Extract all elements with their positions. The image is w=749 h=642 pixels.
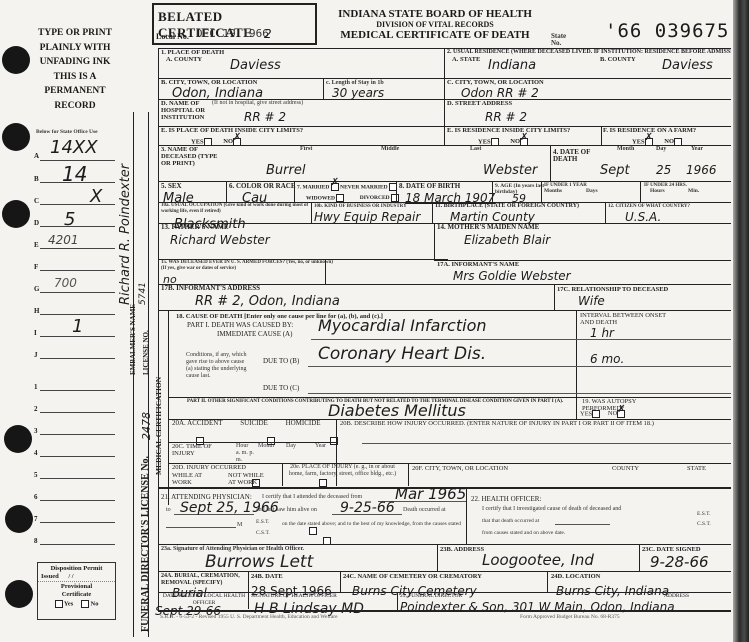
death-date-label: 4. DATE OF DEATH [553,149,593,163]
business-label: 10b. KIND OF BUSINESS OR INDUSTRY [314,203,407,210]
physician-est-checkbox[interactable] [309,527,317,535]
autopsy-yes-checkbox[interactable] [592,410,600,418]
state-office-label: Below for State Office Use [36,129,98,136]
while-at-work-label: WHILE AT WORK [172,472,210,486]
days-label: Days [586,188,598,195]
instruction-line: THIS IS A [30,70,120,85]
ho-time-line [555,524,610,525]
marital-label: 7. [297,184,301,190]
hours-label: Hours [650,188,665,195]
row-divider [158,571,731,572]
embalmer-name-label: EMBALMER'S NAME [130,304,137,375]
entry-line [40,434,115,435]
entry-line [40,248,115,249]
burial-location-label: 24d. LOCATION [551,573,600,580]
death-day: 25 [656,163,671,177]
death-city-label: b. CITY, TOWN, OR LOCATION [161,79,257,86]
column-divider [294,181,295,202]
time-of-injury-label: 20c. TIME OF INJURY [172,443,212,457]
citizen: U.S.A. [625,210,661,224]
widowed-label: WIDOWED [306,195,335,201]
column-divider [466,488,467,544]
married-checkbox[interactable] [331,183,339,191]
immediate-cause-label: IMMEDIATE CAUSE (a) [217,331,292,338]
column-divider [397,592,398,610]
cause-line [308,393,576,394]
column-divider [541,181,542,202]
funeral-director-label: 25. FUNERAL DIRECTOR [400,593,462,600]
letter-a: A [34,152,39,160]
column-divider [547,571,548,592]
physician-signature: Burrows Lett [205,552,313,572]
entry-c-value: X [90,186,102,207]
immediate-cause: Myocardial Infarction [318,316,487,335]
marital-row-1: 7. MARRIED NEVER MARRIED [297,183,397,191]
armed-forces-label: 15. WAS DECEASED EVER IN U. S. ARMED FOR… [161,260,336,272]
instruction-line: TYPE OR PRINT [30,26,120,41]
funeral-address-label: ADDRESS [664,593,689,600]
race-label: 6. COLOR OR RACE [229,183,296,190]
state-no-label: State No. [551,33,573,47]
health-officer-label: 22. HEALTH OFFICER: [471,496,541,503]
column-divider [444,48,445,145]
no-label: NO [608,410,617,417]
binder-hole [5,505,33,533]
row-divider [158,310,731,311]
letter-i: I [34,329,37,337]
provisional-yes-checkbox[interactable] [55,600,63,608]
scan-edge [733,0,749,642]
column-divider [492,181,493,202]
issued-label: Issued [41,573,59,580]
med-cert-divider [168,310,169,505]
father-name: Richard Webster [170,233,270,247]
relationship-label: 17c. RELATIONSHIP TO DECEASED [557,286,668,293]
months-label: Months [544,188,562,195]
divorced-label: DIVORCED [360,195,390,201]
entry-line [40,226,115,227]
divorced-checkbox[interactable] [391,194,399,202]
married-label: MARRIED [303,184,330,190]
row-divider [158,145,731,146]
column-divider [226,181,227,202]
instruction-line: RECORD [30,99,120,114]
column-divider [601,126,602,145]
res-county-label: b. COUNTY [600,56,636,63]
column-divider [325,259,326,284]
entry-line [40,412,115,413]
autopsy-no-checkbox[interactable] [617,410,625,418]
binder-hole [5,580,33,608]
column-divider [408,463,409,486]
sex-label: 5. SEX [161,183,182,190]
deceased-first-name: Burrel [266,163,305,178]
cause-line [311,339,576,340]
res-city-limits-label: e. IS RESIDENCE INSIDE CITY LIMITS? [447,127,570,134]
county-label: a. COUNTY [166,56,202,63]
form-approval: Form Approved Budget Bureau No. 68-R375 [520,614,620,621]
informant-address-label: 17b. INFORMANT'S ADDRESS [161,285,260,292]
autopsy-options: YES NO [580,410,625,418]
entry-e-value: 4201 [48,233,79,247]
letter-c: C [34,197,39,205]
no-label: No [91,600,99,607]
entry-line [40,456,115,457]
address-label: 23b. ADDRESS [440,546,484,553]
interval-line [576,366,731,367]
hour-label: Hour [236,443,248,450]
ho-est-label: E.S.T. [697,511,711,518]
suicide-label: SUICIDE [240,419,268,427]
binder-hole [4,425,32,453]
informant-label: 17a. INFORMANT'S NAME [437,261,519,268]
binder-hole [2,46,30,74]
place-of-injury-label: 20e. PLACE OF INJURY (e. g., in or about… [285,464,400,478]
column-divider [248,571,249,609]
day-label: Day [656,146,666,153]
due-to-b-label: DUE TO (b) [263,358,299,365]
res-state-label: a. STATE [452,56,480,63]
month-label: Month [617,146,634,153]
describe-injury-label: 20b. DESCRIBE HOW INJURY OCCURRED. (Ente… [340,420,654,427]
death-occurred-label: Death occurred at [403,507,446,514]
length-of-stay: 30 years [332,86,384,100]
letter-g: G [34,285,39,293]
number-8: 8 [34,537,38,545]
binder-hole [2,200,30,228]
not-while-at-work-checkbox[interactable] [319,479,327,487]
burial-location: Burns City, Indiana [556,584,669,598]
entry-line [40,500,115,501]
column-divider [434,223,435,259]
hospital-label: d. NAME OF HOSPITAL OR INSTITUTION [161,100,211,121]
time-line [166,527,236,528]
due-to-b-cause: Coronary Heart Dis. [318,344,486,364]
entry-line [40,204,115,205]
injury-occurred-label: 20d. INJURY OCCURRED [172,464,246,471]
res-city: Odon RR # 2 [461,86,539,100]
instruction-line: UNFADING INK [30,55,120,70]
letter-e: E [34,241,39,249]
injury-type-row: 20a. ACCIDENT SUICIDE HOMICIDE [172,420,321,427]
license-label: LICENSE No. [143,330,150,375]
entry-line [40,522,115,523]
cemetery-label: 24c. NAME OF CEMETERY OR CREMATORY [343,573,482,580]
number-2: 2 [34,405,38,413]
describe-line [362,443,731,444]
row-divider [158,544,731,545]
physician-address: Loogootee, Ind [482,551,594,569]
death-county: Daviess [230,58,281,73]
entry-d-value: 5 [64,209,75,230]
interval-label: INTERVAL BETWEEN ONSET AND DEATH [580,312,680,326]
health-officer-sig-label: SIGNATURE OF HEALTH OFFICER [251,593,337,600]
res-county: Daviess [662,58,713,73]
letter-h: H [34,307,39,315]
instruction-line: PLAINLY WITH [30,41,120,56]
first-label: First [300,146,312,153]
accident-label: 20a. ACCIDENT [172,419,222,427]
entry-line [40,160,115,161]
conditions-label: Conditions, if any, which gave rise to a… [186,352,250,380]
row-divider [168,463,731,464]
provisional-label: Provisional Certificate [52,583,102,599]
informant-name: Mrs Goldie Webster [453,269,571,283]
column-divider [311,202,312,223]
local-no: 2 [264,27,272,41]
column-divider [576,310,577,420]
entry-line [40,314,115,315]
middle-label: Middle [381,146,399,153]
hospital-name: RR # 2 [244,110,286,124]
death-month: Sept [600,163,630,178]
stamp-date: DEC 19 1966 [196,27,269,40]
funeral-director-license-label: FUNERAL DIRECTOR'S LICENSE No. [140,456,151,632]
column-divider [282,463,283,486]
entry-a-value: 14XX [50,137,98,158]
to-label: to [166,507,171,514]
res-state: Indiana [488,58,536,73]
injury-location-label: 20f. CITY, TOWN, OR LOCATION [412,465,508,472]
entry-i-value: 1 [72,316,83,337]
yes-label: Yes [64,600,73,607]
widowed-checkbox[interactable] [336,194,344,202]
deceased-name-label: 3. NAME OF DECEASED (Type or print) [161,146,221,167]
column-divider [437,544,438,571]
date-signed-label: 23c. DATE SIGNED [642,546,701,553]
belated-certificate-stamp: BELATED CERTIFICATE Local No. DEC 19 196… [152,3,317,45]
mother-name: Elizabeth Blair [464,233,550,247]
cause-line [308,366,576,367]
attended-from: Mar 1965 [395,485,466,503]
column-divider [605,202,606,223]
on-date-text: on the date stated above; and to the bes… [282,521,467,528]
letter-f: F [34,263,38,271]
form-id: S.B.H. - 6-53-2 - Revised 1955 U. S. Dep… [160,614,338,621]
entry-b-value: 14 [62,162,87,186]
entry-line [40,270,115,271]
column-divider [639,544,640,571]
health-officer-text1: I certify that I investigated cause of d… [482,506,621,513]
hospital-hint: (If not in hospital, give street address… [212,100,303,107]
father-label: 13. FATHER'S NAME [161,224,229,231]
column-divider [550,145,551,181]
number-4: 4 [34,449,38,457]
letter-d: D [34,219,39,227]
res-city-label: c. CITY, TOWN, OR LOCATION [447,79,544,86]
entry-line [40,358,115,359]
birth-date-label: 8. DATE OF BIRTH [399,183,460,190]
relationship: Wife [578,294,605,308]
last-saw-date: 9-25-66 [340,500,395,516]
provisional-no-checkbox[interactable] [81,600,89,608]
binder-hole [2,123,30,151]
column-divider [340,571,341,592]
death-city-limits-label: e. IS PLACE OF DEATH INSIDE CITY LIMITS? [161,127,303,134]
entry-line [40,478,115,479]
division-name: DIVISION OF VITAL RECORDS [330,20,540,29]
res-street: RR # 2 [485,110,527,124]
injury-day-label: Day [286,443,296,450]
physician-cst-label: C.S.T. [256,530,270,537]
license-no: 5741 [138,282,148,305]
year-label: Year [691,146,703,153]
row-divider [158,610,731,612]
min-label: Min. [688,188,699,195]
date-signed: 9-28-66 [650,553,709,571]
funeral-director: Poindexter & Son, 301 W Main, Odon, Indi… [400,600,675,614]
disposition-permit-box: Disposition Permit Issued / / Provisiona… [37,562,116,620]
place-of-death-label: 1. PLACE OF DEATH [161,49,224,56]
column-divider [396,181,397,202]
death-year: 1966 [686,163,717,177]
informant-address: RR # 2, Odon, Indiana [195,294,340,309]
interval-line [576,393,731,394]
instruction-line: PERMANENT [30,84,120,99]
local-no-label: Local No. [156,32,189,41]
column-divider [432,202,433,223]
last-saw-label: and last saw him alive on [256,507,317,514]
health-officer-text3: from causes stated and on above date. [482,530,565,537]
board-name: INDIANA STATE BOARD OF HEALTH [330,8,540,20]
header-titles: INDIANA STATE BOARD OF HEALTH DIVISION O… [330,8,540,41]
injury-state-label: STATE [687,465,706,472]
column-divider [323,78,324,99]
entry-line [40,390,115,391]
occupation-label: 10a. USUAL OCCUPATION (Give kind of work… [161,203,309,215]
injury-county-label: COUNTY [612,465,639,472]
birthplace: Martin County [450,210,535,224]
physician-est-label: E.S.T. [256,519,270,526]
part2-condition: Diabetes Mellitus [328,401,466,420]
certificate-title: MEDICAL CERTIFICATE OF DEATH [330,29,540,41]
letter-b: B [34,175,39,183]
health-officer-text2: that that death occurred at [482,518,539,525]
homicide-label: HOMICIDE [286,419,321,427]
embalmer-name: Richard R. Poindexter [118,164,133,305]
usual-residence-label: 2. USUAL RESIDENCE (Where deceased lived… [447,49,731,56]
state-no: '66 039675 [605,20,729,42]
due-to-c-label: DUE TO (c) [263,385,299,392]
not-while-at-work-label: NOT WHILE AT WORK [228,472,268,486]
mother-label: 14. MOTHER'S MAIDEN NAME [437,224,539,231]
number-6: 6 [34,493,38,501]
number-5: 5 [34,471,38,479]
entry-line [40,544,115,545]
birthplace-label: 11. BIRTHPLACE (State or foreign country… [435,203,579,210]
citizen-label: 12. CITIZEN OF WHAT COUNTRY? [608,203,690,210]
business: Hwy Equip Repair [314,210,420,224]
yes-label: YES [580,410,592,417]
column-divider [554,284,555,310]
burial-date-label: 24b. DATE [251,573,283,580]
deceased-last-name: Webster [483,163,537,178]
entry-g-value: 700 [54,276,77,290]
instructions: TYPE OR PRINT PLAINLY WITH UNFADING INK … [30,26,120,113]
last-label: Last [470,146,481,153]
letter-j: J [34,351,38,359]
interval-a: 1 hr [590,326,614,340]
entry-line [40,292,115,293]
interval-b: 6 mo. [590,352,624,366]
funeral-director-license-no: 2478 [140,412,153,440]
issued-value: / / [68,573,73,580]
number-7: 7 [34,515,38,523]
ampm-label: a. m. p. m. [236,450,256,464]
disposition-permit-title: Disposition Permit [38,565,115,573]
ho-cst-label: C.S.T. [697,521,711,528]
part1-label: PART I. DEATH WAS CAUSED BY: [187,322,293,329]
never-married-label: NEVER MARRIED [340,184,388,190]
m-label: M [237,522,242,529]
column-divider [640,181,641,202]
burial-type-label: 24a. BURIAL, CREMATION, REMOVAL (Specify… [161,573,257,587]
res-street-label: d. STREET ADDRESS [447,100,512,107]
number-3: 3 [34,427,38,435]
number-1: 1 [34,383,38,391]
injury-year-label: Year [315,443,326,450]
injury-month-label: Month [258,443,274,450]
